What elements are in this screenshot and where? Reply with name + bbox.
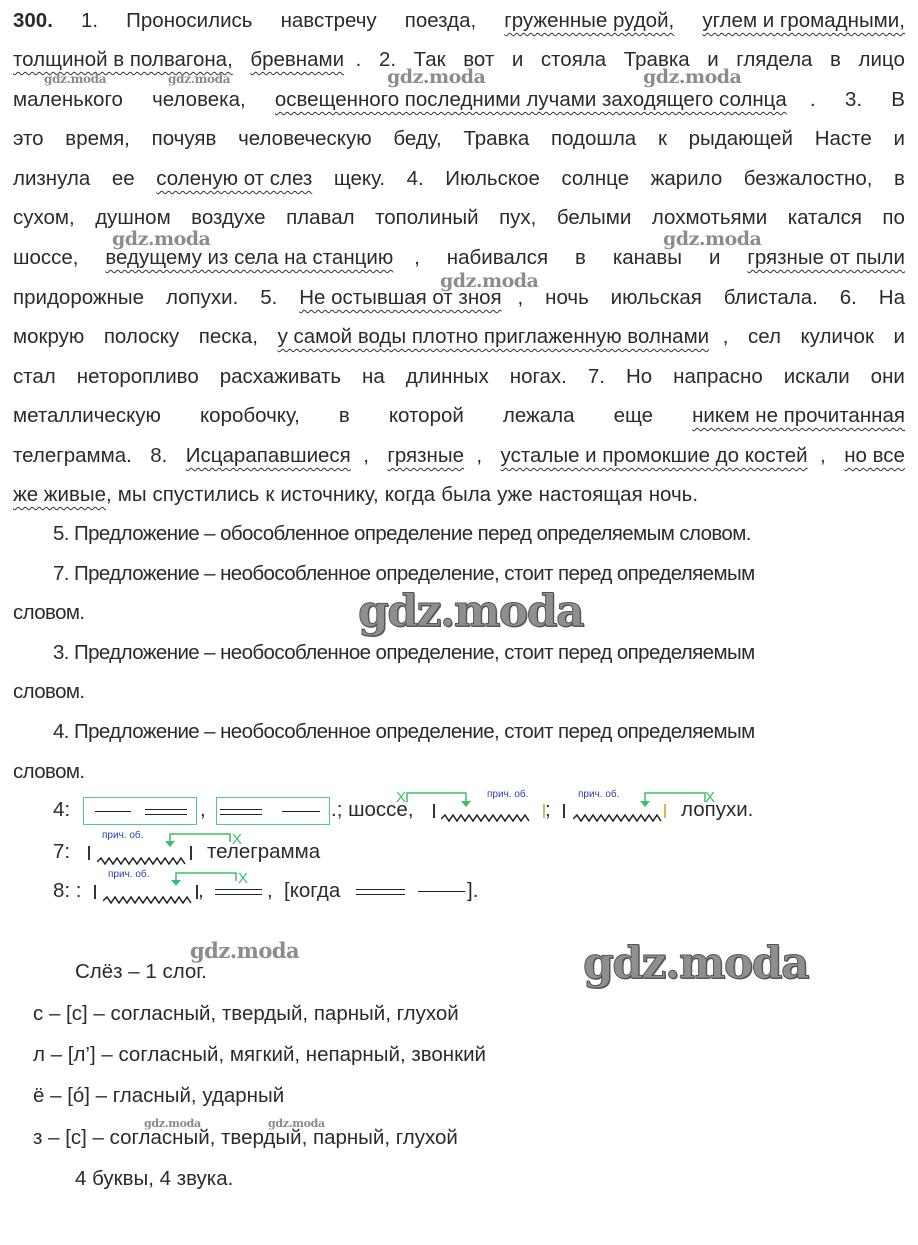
word: лизнула xyxy=(13,167,90,191)
subject-line xyxy=(95,811,131,812)
explanation-text: 7. Предложение – необособленное определе… xyxy=(53,562,755,586)
participle-phrase: усталые и промокшие до костей xyxy=(501,444,808,468)
word: 4. xyxy=(407,167,424,191)
watermark: gdz.moda xyxy=(643,66,741,88)
word: воздухе xyxy=(191,206,265,230)
word: , xyxy=(414,246,420,270)
word: человека, xyxy=(152,88,246,112)
page: 300.1.Проносилисьнавстречупоезда,груженн… xyxy=(0,0,918,1245)
comma: , xyxy=(200,798,206,822)
word: Травка xyxy=(463,127,529,151)
word: спустились xyxy=(153,483,260,507)
word: Проносились xyxy=(126,9,252,33)
text-line: маленькогочеловека,освещенного последним… xyxy=(13,88,905,112)
text-line: этовремя,почуявчеловеческуюбеду,Травкапо… xyxy=(13,127,905,151)
word: на xyxy=(362,365,385,389)
word: придорожные xyxy=(13,286,144,310)
x-mark: X xyxy=(238,871,248,886)
word: длинных xyxy=(406,365,489,389)
text-line: сталнеторопливорасхаживатьнадлинныхногах… xyxy=(13,365,905,389)
watermark: gdz.moda xyxy=(440,270,538,292)
semicolon: ; xyxy=(545,798,551,822)
word: и xyxy=(512,48,523,72)
explanation-4: 4. Предложение – необособленное определе… xyxy=(53,720,755,744)
word: подошла xyxy=(551,127,636,151)
explanation-3-cont: словом. xyxy=(13,680,85,704)
word: время, xyxy=(65,127,130,151)
word: мокрую xyxy=(13,325,84,349)
word: куличок xyxy=(800,325,873,349)
word: сел xyxy=(748,325,781,349)
word: ночь. xyxy=(649,483,698,507)
text-line: же живые,мыспустилиськисточнику,когдабыл… xyxy=(13,483,905,507)
word: к xyxy=(265,483,274,507)
scheme-text: ]. xyxy=(467,879,478,903)
participle-phrase: грязные от пыли xyxy=(747,246,905,270)
explanation-5: 5. Предложение – обособленное определени… xyxy=(53,522,751,546)
green-arrow-icon xyxy=(405,790,475,810)
word: которой xyxy=(389,404,464,428)
comma: , xyxy=(267,879,273,903)
word: беду, xyxy=(393,127,441,151)
word: лежала xyxy=(503,404,575,428)
predicate-line xyxy=(220,809,262,815)
word: в xyxy=(830,48,841,72)
word: , xyxy=(106,483,112,507)
phonetic-row: ё – [ó] – гласный, ударный xyxy=(33,1084,284,1108)
scheme-label: 4: xyxy=(53,798,70,822)
comma: , xyxy=(198,879,204,903)
participle-phrase: соленую от слез xyxy=(156,167,312,191)
word: жарило xyxy=(651,167,723,191)
subject-line xyxy=(418,891,465,892)
scheme-text: [когда xyxy=(284,879,340,903)
word: 3. xyxy=(845,88,862,112)
word: в xyxy=(575,246,586,270)
participle-tag: прич. об. xyxy=(108,869,149,880)
watermark-large: gdz.moda xyxy=(583,938,808,989)
watermark: gdz.moda xyxy=(44,72,106,86)
word: коробочку, xyxy=(200,404,300,428)
word: белыми xyxy=(557,206,631,230)
word: глядела xyxy=(736,48,812,72)
word: маленького xyxy=(13,88,123,112)
word: металлическую xyxy=(13,404,161,428)
word: песка, xyxy=(199,325,258,349)
participle-phrase: толщиной в полвагона, xyxy=(13,48,233,72)
text-line: металлическуюкоробочку,вкоторойлежалаеще… xyxy=(13,404,905,428)
word: ногах. xyxy=(510,365,567,389)
word: и xyxy=(894,325,905,349)
explanation-4-cont: словом. xyxy=(13,760,85,784)
word: поезда, xyxy=(405,9,476,33)
word: 6. xyxy=(840,286,857,310)
text-line: мокруюполоскупеска,у самой воды плотно п… xyxy=(13,325,905,349)
word: солнце xyxy=(561,167,629,191)
word: Но xyxy=(626,365,652,389)
participle-phrase: Исцарапавшиеся xyxy=(186,444,351,468)
participle-tag: прич. об. xyxy=(578,789,619,800)
predicate-line xyxy=(215,889,262,895)
word: плавал xyxy=(286,206,355,230)
wavy-line-icon xyxy=(103,896,195,906)
word: щеку. xyxy=(334,167,385,191)
word: по xyxy=(882,206,905,230)
word: Насте xyxy=(815,127,872,151)
word: стал xyxy=(13,365,56,389)
participle-phrase: углем и громадными, xyxy=(702,9,905,33)
word: 5. xyxy=(260,286,277,310)
watermark: gdz.moda xyxy=(168,72,230,86)
word: это xyxy=(13,127,44,151)
clause-bar xyxy=(88,846,90,860)
participle-phrase: у самой воды плотно приглаженную волнами xyxy=(278,325,710,349)
word: блистала. xyxy=(724,286,818,310)
participle-phrase: но все xyxy=(844,444,905,468)
word: пух, xyxy=(499,206,536,230)
clause-bar xyxy=(433,804,435,818)
word: В xyxy=(891,88,905,112)
word: мы xyxy=(118,483,147,507)
word: , xyxy=(363,444,369,468)
predicate-line xyxy=(145,809,187,815)
text-line: сухом,душномвоздухеплавалтополиныйпух,бе… xyxy=(13,206,905,230)
watermark: gdz.moda xyxy=(144,1117,201,1130)
phonetic-summary: 4 буквы, 4 звука. xyxy=(75,1167,233,1191)
scheme-text: лопухи. xyxy=(681,798,753,822)
phonetic-row: з – [с] – согласный, твердый, парный, гл… xyxy=(33,1126,458,1150)
word: . xyxy=(810,88,816,112)
phonetic-row: с – [с] – согласный, твердый, парный, гл… xyxy=(33,1002,459,1026)
participle-phrase: грязные xyxy=(387,444,464,468)
clause-bar xyxy=(664,804,666,818)
participle-phrase: бревнами xyxy=(250,48,344,72)
word: уже xyxy=(497,483,533,507)
word: шоссе, xyxy=(13,246,78,270)
watermark: gdz.moda xyxy=(387,66,485,88)
text-line: лизнулаеесоленую от слезщеку.4.Июльскоес… xyxy=(13,167,905,191)
word: На xyxy=(879,286,905,310)
word: когда xyxy=(385,483,436,507)
word: лопухи. xyxy=(166,286,238,310)
word: катался xyxy=(788,206,862,230)
word: в xyxy=(894,167,905,191)
word: напрасно xyxy=(673,365,763,389)
word: набивался xyxy=(447,246,548,270)
word: расхаживать xyxy=(220,365,341,389)
participle-phrase: никем не прочитанная xyxy=(692,404,905,428)
participle-tag: прич. об. xyxy=(487,789,528,800)
word: искали xyxy=(784,365,850,389)
word: тополиный xyxy=(375,206,479,230)
watermark-large: gdz.moda xyxy=(358,586,583,637)
scheme-label: 8: : xyxy=(53,879,82,903)
word: была xyxy=(441,483,491,507)
participle-phrase: груженные рудой, xyxy=(504,9,674,33)
watermark: gdz.moda xyxy=(663,228,761,250)
subject-line xyxy=(282,811,320,812)
explanation-7-cont: словом. xyxy=(13,601,85,625)
word: безжалостно, xyxy=(744,167,873,191)
word: они xyxy=(871,365,905,389)
word: 1. xyxy=(81,9,98,33)
word: почуяв xyxy=(152,127,217,151)
participle-phrase: освещенного последними лучами заходящего… xyxy=(275,88,787,112)
word: ее xyxy=(112,167,135,191)
word: , xyxy=(476,444,482,468)
word: июльская xyxy=(611,286,702,310)
word: еще xyxy=(614,404,653,428)
word: 8. xyxy=(150,444,167,468)
word: неторопливо xyxy=(77,365,199,389)
exercise-number: 300. xyxy=(13,9,53,33)
word: 7. xyxy=(588,365,605,389)
wavy-line-icon xyxy=(97,857,189,867)
word: в xyxy=(339,404,350,428)
word: телеграмма. xyxy=(13,444,132,468)
wavy-line-icon xyxy=(441,814,533,824)
word: , xyxy=(820,444,826,468)
phonetic-row: л – [л’] – согласный, мягкий, непарный, … xyxy=(33,1043,486,1067)
word: навстречу xyxy=(281,9,377,33)
scheme-text: телеграмма xyxy=(207,840,320,864)
explanation-7: 7. Предложение – необособленное определе… xyxy=(53,562,905,586)
clause-bar xyxy=(94,885,96,899)
word: . xyxy=(356,48,362,72)
watermark: gdz.moda xyxy=(112,228,210,250)
word: , xyxy=(723,325,729,349)
word: к xyxy=(658,127,667,151)
word: и xyxy=(893,127,904,151)
watermark: gdz.moda xyxy=(268,1117,325,1130)
explanation-3: 3. Предложение – необособленное определе… xyxy=(53,641,755,665)
text-line: телеграмма.8.Исцарапавшиеся,грязные,уста… xyxy=(13,444,905,468)
word: человеческую xyxy=(238,127,372,151)
word: настоящая xyxy=(539,483,643,507)
word: душном xyxy=(95,206,170,230)
word: источнику, xyxy=(280,483,378,507)
word: Июльское xyxy=(445,167,540,191)
clause-bar xyxy=(563,804,565,818)
word: лохмотьями xyxy=(652,206,767,230)
participle-tag: прич. об. xyxy=(102,830,143,841)
clause-bar xyxy=(190,846,192,860)
word: стояла xyxy=(541,48,606,72)
text-line: 300.1.Проносилисьнавстречупоезда,груженн… xyxy=(13,9,905,33)
participle-phrase: же живые xyxy=(13,483,106,507)
wavy-line-icon xyxy=(573,814,665,824)
word: полоску xyxy=(104,325,179,349)
phonetic-title: Слёз – 1 слог. xyxy=(75,960,207,984)
word: рыдающей xyxy=(689,127,793,151)
word: лицо xyxy=(859,48,905,72)
scheme-label: 7: xyxy=(53,840,70,864)
word: ночь xyxy=(545,286,589,310)
word: сухом, xyxy=(13,206,75,230)
predicate-line xyxy=(356,889,405,895)
